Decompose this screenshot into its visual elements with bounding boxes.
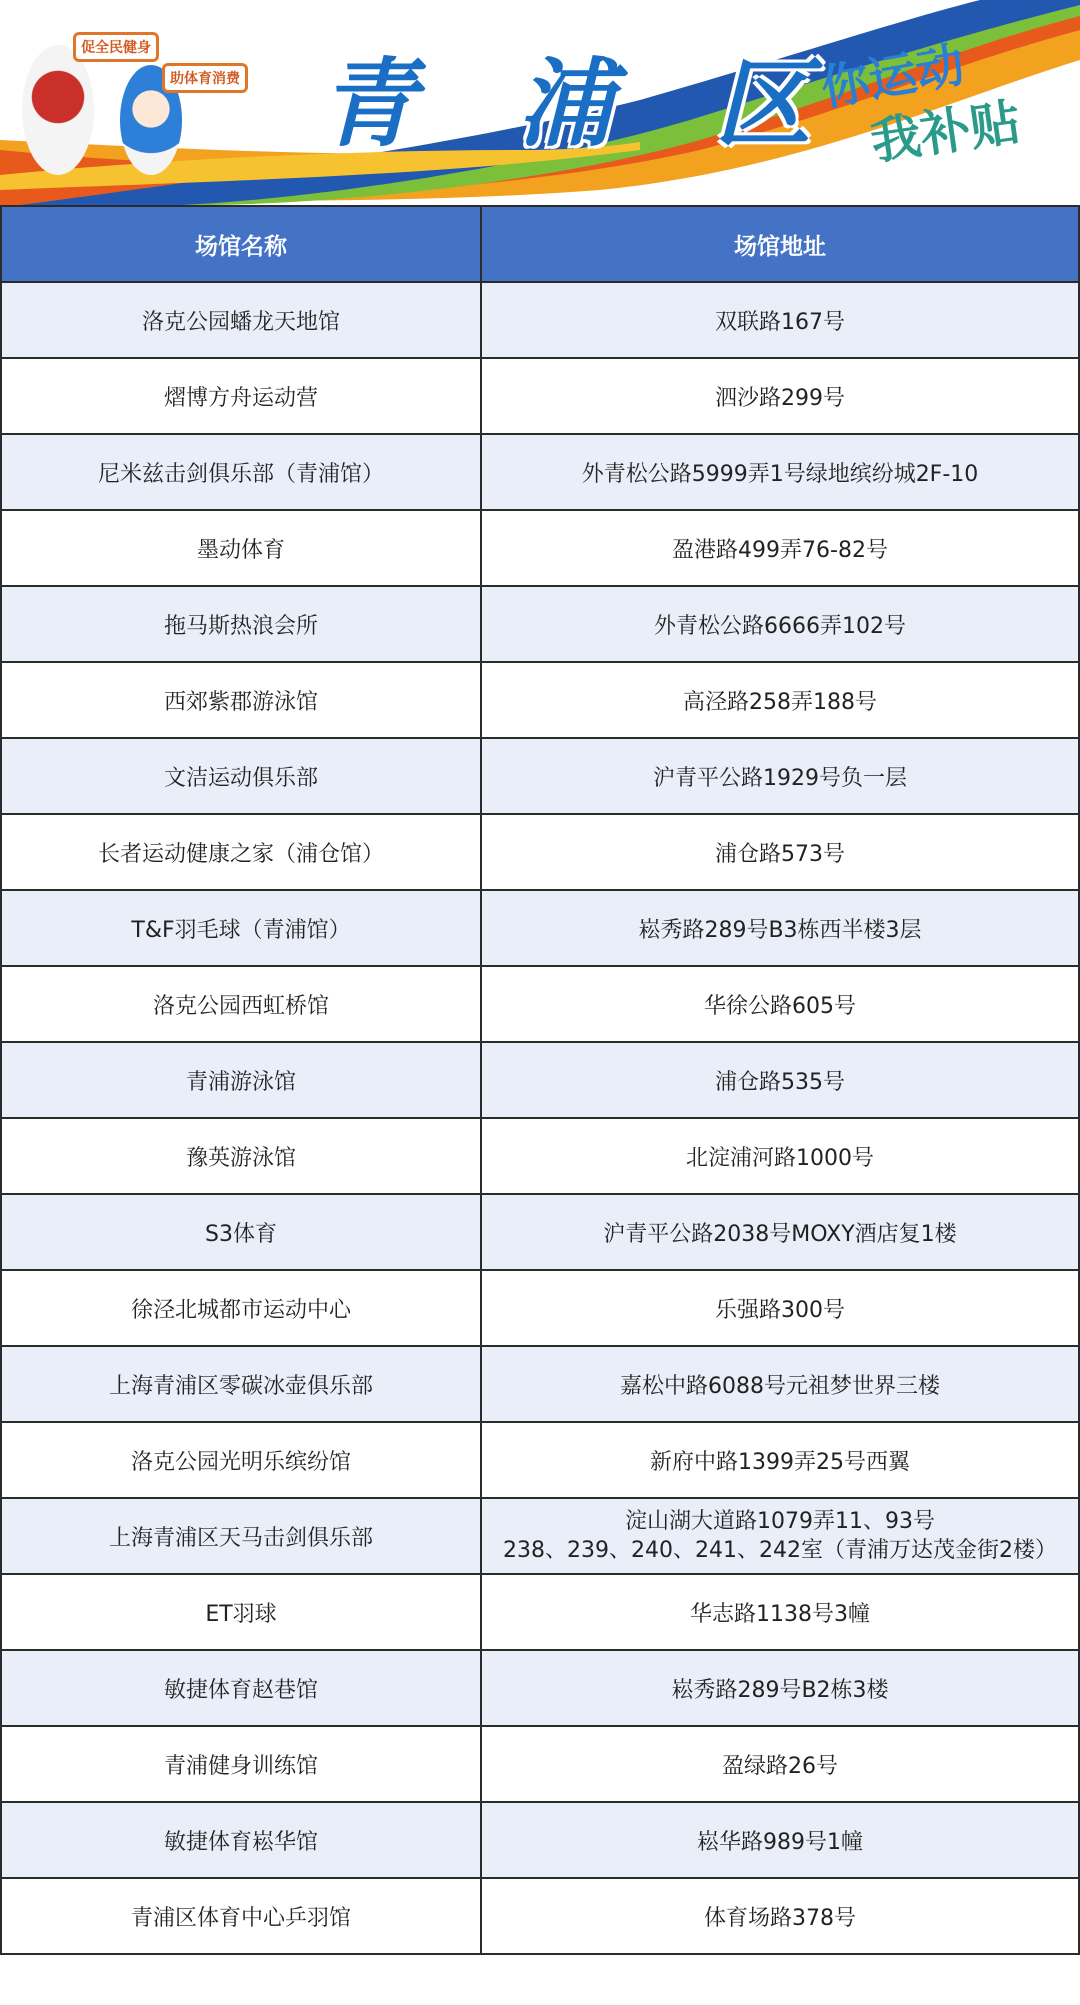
venue-name-cell: 青浦区体育中心乒羽馆 <box>1 1878 481 1954</box>
address-line-1: 淀山湖大道路1079弄11、93号 <box>482 1507 1078 1536</box>
venue-address-cell: 浦仓路535号 <box>481 1042 1079 1118</box>
table-row: 墨动体育盈港路499弄76-82号 <box>1 510 1079 586</box>
address-line-2: 238、239、240、241、242室（青浦万达茂金街2楼） <box>482 1536 1078 1565</box>
bubble-fitness: 促全民健身 <box>73 32 159 62</box>
venue-address-cell: 沪青平公路1929号负一层 <box>481 738 1079 814</box>
venue-name-cell: 青浦游泳馆 <box>1 1042 481 1118</box>
table-row: T&F羽毛球（青浦馆）崧秀路289号B3栋西半楼3层 <box>1 890 1079 966</box>
table-row: 徐泾北城都市运动中心乐强路300号 <box>1 1270 1079 1346</box>
venue-name-cell: 拖马斯热浪会所 <box>1 586 481 662</box>
table-row: 拖马斯热浪会所外青松公路6666弄102号 <box>1 586 1079 662</box>
page-title: 青 浦 区 <box>320 28 845 165</box>
table-row: 西郊紫郡游泳馆高泾路258弄188号 <box>1 662 1079 738</box>
venue-name-cell: 洛克公园光明乐缤纷馆 <box>1 1422 481 1498</box>
table-row: S3体育沪青平公路2038号MOXY酒店复1楼 <box>1 1194 1079 1270</box>
mascot-red-white-icon <box>22 45 94 175</box>
venue-name-cell: 青浦健身训练馆 <box>1 1726 481 1802</box>
table-row: 长者运动健康之家（浦仓馆）浦仓路573号 <box>1 814 1079 890</box>
venue-address-cell: 双联路167号 <box>481 282 1079 358</box>
venue-name-cell: ET羽球 <box>1 1574 481 1650</box>
header-venue-name: 场馆名称 <box>1 206 481 282</box>
venue-name-cell: 敏捷体育崧华馆 <box>1 1802 481 1878</box>
venue-name-cell: 豫英游泳馆 <box>1 1118 481 1194</box>
venue-address-cell: 盈绿路26号 <box>481 1726 1079 1802</box>
venue-name-cell: 长者运动健康之家（浦仓馆） <box>1 814 481 890</box>
table-row: 洛克公园光明乐缤纷馆新府中路1399弄25号西翼 <box>1 1422 1079 1498</box>
table-row: 文洁运动俱乐部沪青平公路1929号负一层 <box>1 738 1079 814</box>
table-row: 青浦区体育中心乒羽馆体育场路378号 <box>1 1878 1079 1954</box>
venue-name-cell: 上海青浦区零碳冰壶俱乐部 <box>1 1346 481 1422</box>
table-row: 青浦游泳馆浦仓路535号 <box>1 1042 1079 1118</box>
venue-name-cell: 洛克公园西虹桥馆 <box>1 966 481 1042</box>
table-row: 敏捷体育赵巷馆崧秀路289号B2栋3楼 <box>1 1650 1079 1726</box>
table-row: 豫英游泳馆北淀浦河路1000号 <box>1 1118 1079 1194</box>
venue-name-cell: 墨动体育 <box>1 510 481 586</box>
venue-address-cell: 崧秀路289号B3栋西半楼3层 <box>481 890 1079 966</box>
table-row: 尼米兹击剑俱乐部（青浦馆）外青松公路5999弄1号绿地缤纷城2F-10 <box>1 434 1079 510</box>
table-header-row: 场馆名称 场馆地址 <box>1 206 1079 282</box>
venue-name-cell: 熠博方舟运动营 <box>1 358 481 434</box>
venue-address-cell: 体育场路378号 <box>481 1878 1079 1954</box>
venue-name-cell: 西郊紫郡游泳馆 <box>1 662 481 738</box>
venue-address-cell: 外青松公路6666弄102号 <box>481 586 1079 662</box>
venue-table: 场馆名称 场馆地址 洛克公园蟠龙天地馆双联路167号熠博方舟运动营泗沙路299号… <box>0 205 1080 1955</box>
venue-name-cell: 文洁运动俱乐部 <box>1 738 481 814</box>
bubble-consumption: 助体育消费 <box>162 63 248 93</box>
venue-name-cell: 徐泾北城都市运动中心 <box>1 1270 481 1346</box>
header-venue-address: 场馆地址 <box>481 206 1079 282</box>
venue-address-cell: 外青松公路5999弄1号绿地缤纷城2F-10 <box>481 434 1079 510</box>
venue-address-cell: 盈港路499弄76-82号 <box>481 510 1079 586</box>
venue-name-cell: S3体育 <box>1 1194 481 1270</box>
venue-address-cell: 泗沙路299号 <box>481 358 1079 434</box>
venue-name-cell: 敏捷体育赵巷馆 <box>1 1650 481 1726</box>
table-row: 青浦健身训练馆盈绿路26号 <box>1 1726 1079 1802</box>
venue-address-cell: 新府中路1399弄25号西翼 <box>481 1422 1079 1498</box>
table-row: 熠博方舟运动营泗沙路299号 <box>1 358 1079 434</box>
table-row: 上海青浦区零碳冰壶俱乐部嘉松中路6088号元祖梦世界三楼 <box>1 1346 1079 1422</box>
venue-address-cell: 华徐公路605号 <box>481 966 1079 1042</box>
table-row: 上海青浦区天马击剑俱乐部淀山湖大道路1079弄11、93号238、239、240… <box>1 1498 1079 1574</box>
venue-address-cell: 淀山湖大道路1079弄11、93号238、239、240、241、242室（青浦… <box>481 1498 1079 1574</box>
venue-address-cell: 浦仓路573号 <box>481 814 1079 890</box>
venue-address-cell: 华志路1138号3幢 <box>481 1574 1079 1650</box>
table-row: 敏捷体育崧华馆崧华路989号1幢 <box>1 1802 1079 1878</box>
table-row: ET羽球华志路1138号3幢 <box>1 1574 1079 1650</box>
venue-address-cell: 沪青平公路2038号MOXY酒店复1楼 <box>481 1194 1079 1270</box>
venue-name-cell: T&F羽毛球（青浦馆） <box>1 890 481 966</box>
venue-address-cell: 崧秀路289号B2栋3楼 <box>481 1650 1079 1726</box>
venue-name-cell: 尼米兹击剑俱乐部（青浦馆） <box>1 434 481 510</box>
venue-address-cell: 崧华路989号1幢 <box>481 1802 1079 1878</box>
venue-address-cell: 北淀浦河路1000号 <box>481 1118 1079 1194</box>
venue-name-cell: 上海青浦区天马击剑俱乐部 <box>1 1498 481 1574</box>
venue-name-cell: 洛克公园蟠龙天地馆 <box>1 282 481 358</box>
table-row: 洛克公园蟠龙天地馆双联路167号 <box>1 282 1079 358</box>
table-row: 洛克公园西虹桥馆华徐公路605号 <box>1 966 1079 1042</box>
banner: 促全民健身 助体育消费 青 浦 区 你运动 我补贴 <box>0 0 1080 205</box>
venue-address-cell: 高泾路258弄188号 <box>481 662 1079 738</box>
venue-address-cell: 乐强路300号 <box>481 1270 1079 1346</box>
venue-address-cell: 嘉松中路6088号元祖梦世界三楼 <box>481 1346 1079 1422</box>
